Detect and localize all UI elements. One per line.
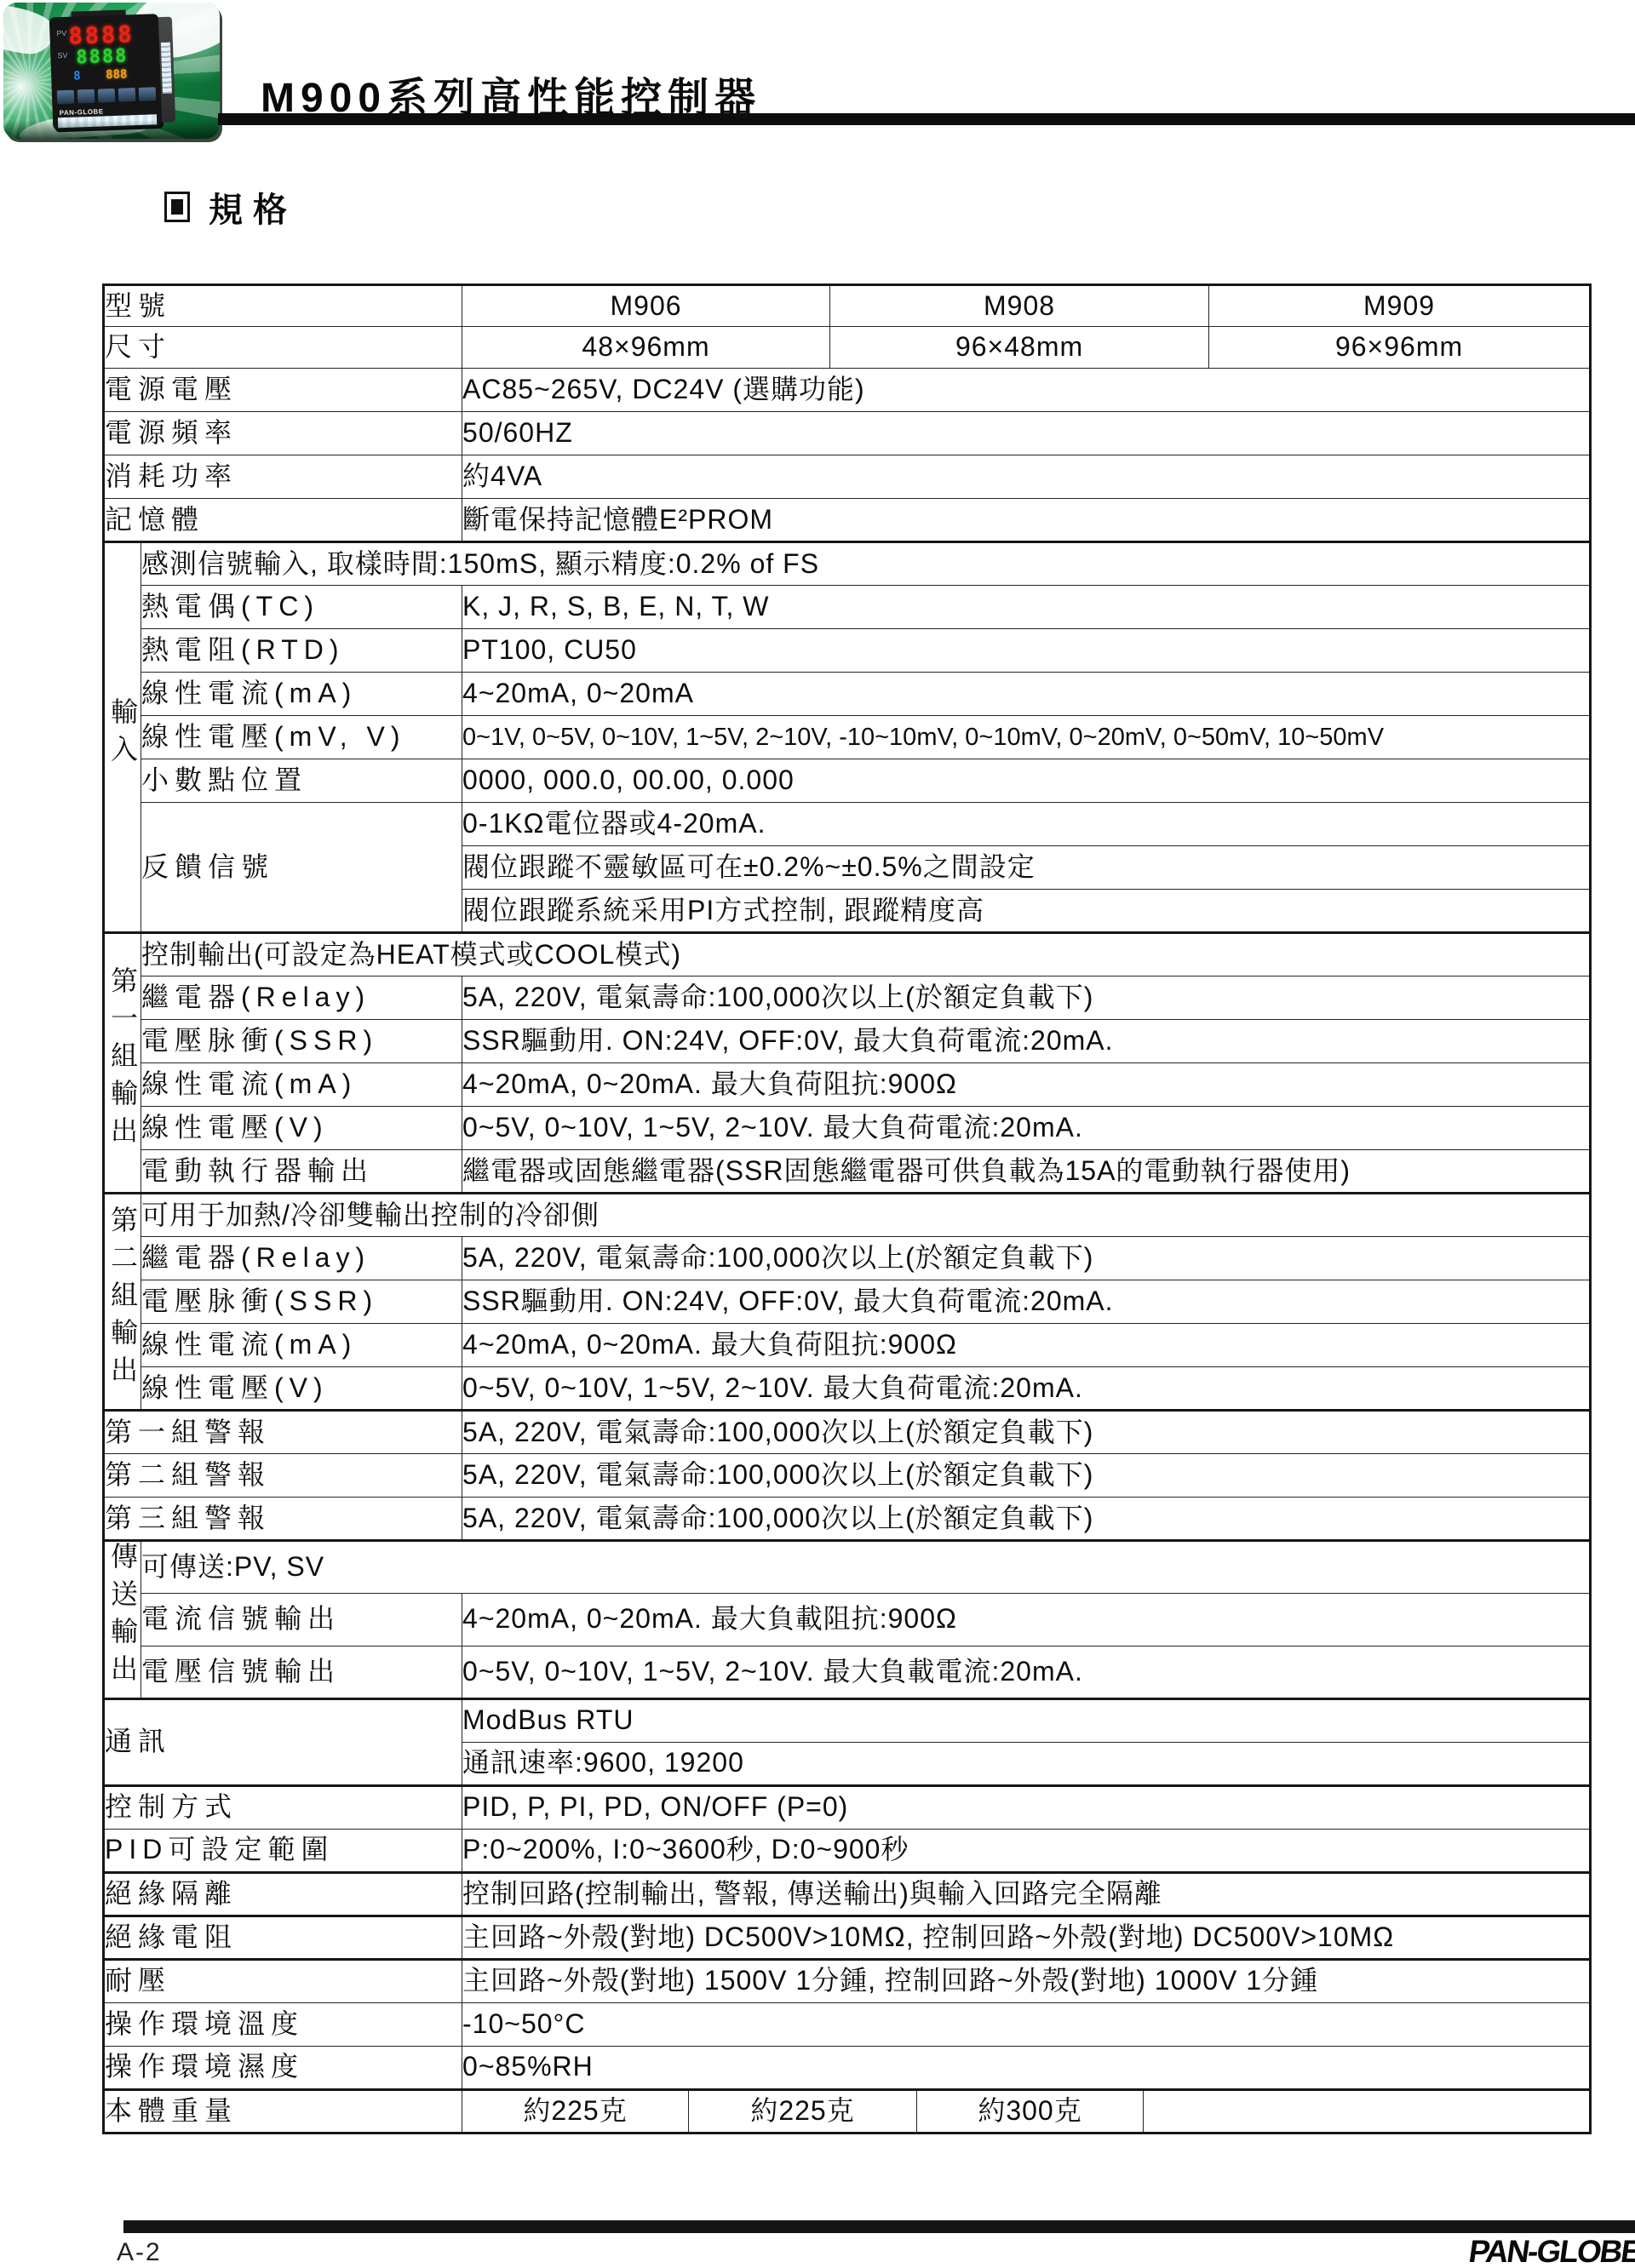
table-row: 電流信號輸出 4~20mA, 0~20mA. 最大負載阻抗:900Ω — [104, 1593, 1591, 1646]
specification-table: 型號 M906 M908 M909 尺寸 48×96mm 96×48mm 96×… — [102, 283, 1592, 2134]
spec-value: 約4VA — [462, 455, 1591, 499]
spec-sheet-page: PV 8888 SV 8888 8 888 PAN-GLOBE M900系列高性… — [0, 0, 1635, 2268]
device-brand-text: PAN-GLOBE — [60, 107, 104, 117]
group-label-transmit: 傳送輸出 — [104, 1541, 141, 1699]
table-row: 第二組輸出 可用于加熱/冷卻雙輸出控制的冷卻側 — [104, 1194, 1591, 1237]
spec-label: 線性電流(mA) — [141, 1324, 462, 1367]
spec-label: 電動執行器輸出 — [141, 1150, 462, 1194]
group-span-note: 控制輸出(可設定為HEAT模式或COOL模式) — [141, 933, 1591, 976]
spec-label: 線性電流(mA) — [141, 673, 462, 716]
table-row: 操作環境濕度 0~85%RH — [104, 2046, 1591, 2089]
spec-value: 5A, 220V, 電氣壽命:100,000次以上(於額定負載下) — [462, 1237, 1591, 1280]
table-row: 消耗功率 約4VA — [104, 455, 1591, 499]
spec-label: 耐壓 — [104, 1959, 462, 2002]
table-row: 線性電壓(mV, V) 0~1V, 0~5V, 0~10V, 1~5V, 2~1… — [104, 716, 1591, 759]
spec-value: 閥位跟蹤不靈敏區可在±0.2%~±0.5%之間設定 — [462, 846, 1591, 890]
spec-label: 熱電阻(RTD) — [141, 629, 462, 673]
page-number: A-2 — [117, 2238, 162, 2267]
spec-label: 線性電流(mA) — [141, 1063, 462, 1107]
table-row: 記憶體 斷電保持記憶體E²PROM — [104, 499, 1591, 542]
spec-label: 操作環境濕度 — [104, 2046, 462, 2089]
spec-value: PID, P, PI, PD, ON/OFF (P=0) — [462, 1785, 1591, 1829]
spec-label: 尺寸 — [104, 327, 462, 369]
model-m906: M906 — [462, 285, 830, 327]
spec-label: 線性電壓(mV, V) — [141, 716, 462, 759]
table-row: 絕緣隔離 控制回路(控制輸出, 警報, 傳送輸出)與輸入回路完全隔離 — [104, 1872, 1591, 1916]
table-row: 第一組輸出 控制輸出(可設定為HEAT模式或COOL模式) — [104, 933, 1591, 976]
spec-label: 繼電器(Relay) — [141, 1237, 462, 1280]
spec-value: 5A, 220V, 電氣壽命:100,000次以上(於額定負載下) — [462, 1411, 1591, 1454]
spec-value: PT100, CU50 — [462, 629, 1591, 673]
spec-value: 4~20mA, 0~20mA. 最大負荷阻抗:900Ω — [462, 1063, 1591, 1107]
spec-label: 電源頻率 — [104, 412, 462, 455]
spec-value: 0000, 000.0, 00.00, 0.000 — [462, 759, 1591, 803]
group-label-output2: 第二組輸出 — [104, 1194, 141, 1411]
table-row: 線性電壓(V) 0~5V, 0~10V, 1~5V, 2~10V. 最大負荷電流… — [104, 1367, 1591, 1411]
spec-value: 4~20mA, 0~20mA. 最大負荷阻抗:900Ω — [462, 1324, 1591, 1367]
model-m909: M909 — [1209, 285, 1591, 327]
table-row: 線性電壓(V) 0~5V, 0~10V, 1~5V, 2~10V. 最大負荷電流… — [104, 1107, 1591, 1150]
pv-label: PV — [56, 29, 66, 37]
table-row: PID可設定範圍 P:0~200%, I:0~3600秒, D:0~900秒 — [104, 1829, 1591, 1872]
spec-value: -10~50°C — [462, 2002, 1591, 2046]
table-row: 熱電偶(TC) K, J, R, S, B, E, N, T, W — [104, 586, 1591, 629]
table-row: 電動執行器輸出 繼電器或固態繼電器(SSR固態繼電器可供負載為15A的電動執行器… — [104, 1150, 1591, 1194]
spec-label: 線性電壓(V) — [141, 1107, 462, 1150]
spec-value: SSR驅動用. ON:24V, OFF:0V, 最大負荷電流:20mA. — [462, 1020, 1591, 1063]
spec-value: 5A, 220V, 電氣壽命:100,000次以上(於額定負載下) — [462, 976, 1591, 1020]
spec-label: 控制方式 — [104, 1785, 462, 1829]
model-m908: M908 — [830, 285, 1209, 327]
spec-label: 絕緣隔離 — [104, 1872, 462, 1916]
table-row: 繼電器(Relay) 5A, 220V, 電氣壽命:100,000次以上(於額定… — [104, 1237, 1591, 1280]
spec-value: ModBus RTU — [462, 1698, 1591, 1742]
table-row: 線性電流(mA) 4~20mA, 0~20mA. 最大負荷阻抗:900Ω — [104, 1324, 1591, 1367]
table-row: 第一組警報 5A, 220V, 電氣壽命:100,000次以上(於額定負載下) — [104, 1411, 1591, 1454]
table-row: 反饋信號 0-1KΩ電位器或4-20mA. — [104, 803, 1591, 846]
table-row: 第二組警報 5A, 220V, 電氣壽命:100,000次以上(於額定負載下) — [104, 1454, 1591, 1498]
table-row: 耐壓 主回路~外殼(對地) 1500V 1分鍾, 控制回路~外殼(對地) 100… — [104, 1959, 1591, 2002]
spec-label: 第一組警報 — [104, 1411, 462, 1454]
size-m906: 48×96mm — [462, 327, 830, 369]
sv-label: SV — [57, 51, 67, 60]
table-row: 第三組警報 5A, 220V, 電氣壽命:100,000次以上(於額定負載下) — [104, 1498, 1591, 1541]
title-underline-rule — [218, 113, 1635, 125]
spec-value: 閥位跟蹤系統采用PI方式控制, 跟蹤精度高 — [462, 890, 1591, 933]
spec-value: 主回路~外殼(對地) 1500V 1分鍾, 控制回路~外殼(對地) 1000V … — [462, 1959, 1591, 2002]
spec-label: 熱電偶(TC) — [141, 586, 462, 629]
spec-value: K, J, R, S, B, E, N, T, W — [462, 586, 1591, 629]
table-row: 通訊 ModBus RTU — [104, 1698, 1591, 1742]
spec-value: P:0~200%, I:0~3600秒, D:0~900秒 — [462, 1829, 1591, 1872]
table-row: 電源頻率 50/60HZ — [104, 412, 1591, 455]
spec-label: 電壓脉衝(SSR) — [141, 1280, 462, 1324]
table-row: 控制方式 PID, P, PI, PD, ON/OFF (P=0) — [104, 1785, 1591, 1829]
table-row: 本體重量 約225克 約225克 約300克 — [104, 2089, 1591, 2133]
spec-value: 0~85%RH — [462, 2046, 1591, 2089]
table-row: 型號 M906 M908 M909 — [104, 285, 1591, 327]
table-row: 繼電器(Relay) 5A, 220V, 電氣壽命:100,000次以上(於額定… — [104, 976, 1591, 1020]
spec-label: 型號 — [104, 285, 462, 327]
spec-value: 0-1KΩ電位器或4-20mA. — [462, 803, 1591, 846]
spec-label: 本體重量 — [104, 2089, 462, 2133]
section-heading: 規格 — [164, 189, 297, 225]
tile-bottom-shade — [3, 120, 220, 139]
spec-value: 5A, 220V, 電氣壽命:100,000次以上(於額定負載下) — [462, 1498, 1591, 1541]
table-row: 傳送輸出 可傳送:PV, SV — [104, 1541, 1591, 1594]
spec-label: PID可設定範圍 — [104, 1829, 462, 1872]
spec-label: 小數點位置 — [141, 759, 462, 803]
brand-product-image: PV 8888 SV 8888 8 888 PAN-GLOBE — [3, 3, 220, 139]
spec-value: 5A, 220V, 電氣壽命:100,000次以上(於額定負載下) — [462, 1454, 1591, 1498]
spec-label: 電壓信號輸出 — [141, 1646, 462, 1698]
section-heading-text: 規格 — [209, 183, 297, 232]
device-buttons — [57, 87, 156, 104]
group-span-note: 感測信號輸入, 取樣時間:150mS, 顯示精度:0.2% of FS — [141, 542, 1591, 586]
spec-label: 通訊 — [104, 1698, 462, 1785]
spec-value: 斷電保持記憶體E²PROM — [462, 499, 1591, 542]
group-label-output1: 第一組輸出 — [104, 933, 141, 1194]
spec-value: AC85~265V, DC24V (選購功能) — [462, 369, 1591, 412]
spec-label: 第三組警報 — [104, 1498, 462, 1541]
footer-brand-logo: PAN-GLOBE — [1466, 2234, 1635, 2268]
table-row: 電壓脉衝(SSR) SSR驅動用. ON:24V, OFF:0V, 最大負荷電流… — [104, 1020, 1591, 1063]
spec-label: 繼電器(Relay) — [141, 976, 462, 1020]
group-span-note: 可用于加熱/冷卻雙輸出控制的冷卻側 — [141, 1194, 1591, 1237]
table-row: 尺寸 48×96mm 96×48mm 96×96mm — [104, 327, 1591, 369]
controller-device-photo: PV 8888 SV 8888 8 888 PAN-GLOBE — [49, 8, 178, 133]
weight-empty-cell — [1144, 2089, 1591, 2133]
spec-value: 50/60HZ — [462, 412, 1591, 455]
weight-m909: 約300克 — [917, 2089, 1144, 2133]
table-row: 小數點位置 0000, 000.0, 00.00, 0.000 — [104, 759, 1591, 803]
spec-value: 4~20mA, 0~20mA. 最大負載阻抗:900Ω — [462, 1593, 1591, 1646]
spec-label: 線性電壓(V) — [141, 1367, 462, 1411]
size-m908: 96×48mm — [830, 327, 1209, 369]
spec-value: 繼電器或固態繼電器(SSR固態繼電器可供負載為15A的電動執行器使用) — [462, 1150, 1591, 1194]
spec-value: 通訊速率:9600, 19200 — [462, 1742, 1591, 1785]
table-row: 線性電流(mA) 4~20mA, 0~20mA. 最大負荷阻抗:900Ω — [104, 1063, 1591, 1107]
square-bullet-icon — [164, 192, 190, 222]
spec-label: 消耗功率 — [104, 455, 462, 499]
aux-amber-display: 888 — [106, 67, 128, 82]
spec-label: 反饋信號 — [141, 803, 462, 933]
table-row: 電壓脉衝(SSR) SSR驅動用. ON:24V, OFF:0V, 最大負荷電流… — [104, 1280, 1591, 1324]
table-row: 電源電壓 AC85~265V, DC24V (選購功能) — [104, 369, 1591, 412]
table-row: 熱電阻(RTD) PT100, CU50 — [104, 629, 1591, 673]
spec-value: 0~5V, 0~10V, 1~5V, 2~10V. 最大負載電流:20mA. — [462, 1646, 1591, 1698]
group-span-note: 可傳送:PV, SV — [141, 1541, 1591, 1594]
spec-label: 絕緣電阻 — [104, 1916, 462, 1959]
sv-display: 8888 — [76, 45, 129, 68]
table-row: 輸入 感測信號輸入, 取樣時間:150mS, 顯示精度:0.2% of FS — [104, 542, 1591, 586]
spec-label: 電壓脉衝(SSR) — [141, 1020, 462, 1063]
device-front-panel: PV 8888 SV 8888 8 888 PAN-GLOBE — [49, 14, 163, 129]
spec-value: 0~5V, 0~10V, 1~5V, 2~10V. 最大負荷電流:20mA. — [462, 1367, 1591, 1411]
table-row: 線性電流(mA) 4~20mA, 0~20mA — [104, 673, 1591, 716]
device-side-sticker — [161, 43, 172, 94]
table-row: 操作環境溫度 -10~50°C — [104, 2002, 1591, 2046]
group-label-input: 輸入 — [104, 542, 141, 933]
weight-m908: 約225克 — [689, 2089, 917, 2133]
table-row: 電壓信號輸出 0~5V, 0~10V, 1~5V, 2~10V. 最大負載電流:… — [104, 1646, 1591, 1698]
table-row: 絕緣電阻 主回路~外殼(對地) DC500V>10MΩ, 控制回路~外殼(對地)… — [104, 1916, 1591, 1959]
spec-value: SSR驅動用. ON:24V, OFF:0V, 最大負荷電流:20mA. — [462, 1280, 1591, 1324]
spec-value: 控制回路(控制輸出, 警報, 傳送輸出)與輸入回路完全隔離 — [462, 1872, 1591, 1916]
footer-rule — [123, 2220, 1635, 2233]
spec-label: 電源電壓 — [104, 369, 462, 412]
weight-m906: 約225克 — [462, 2089, 689, 2133]
spec-label: 操作環境溫度 — [104, 2002, 462, 2046]
spec-label: 第二組警報 — [104, 1454, 462, 1498]
size-m909: 96×96mm — [1209, 327, 1591, 369]
spec-value: 0~1V, 0~5V, 0~10V, 1~5V, 2~10V, -10~10mV… — [462, 716, 1591, 759]
spec-value: 0~5V, 0~10V, 1~5V, 2~10V. 最大負荷電流:20mA. — [462, 1107, 1591, 1150]
spec-value: 4~20mA, 0~20mA — [462, 673, 1591, 716]
spec-label: 記憶體 — [104, 499, 462, 542]
spec-label: 電流信號輸出 — [141, 1593, 462, 1646]
spec-value: 主回路~外殼(對地) DC500V>10MΩ, 控制回路~外殼(對地) DC50… — [462, 1916, 1591, 1959]
aux-blue-display: 8 — [73, 69, 81, 83]
